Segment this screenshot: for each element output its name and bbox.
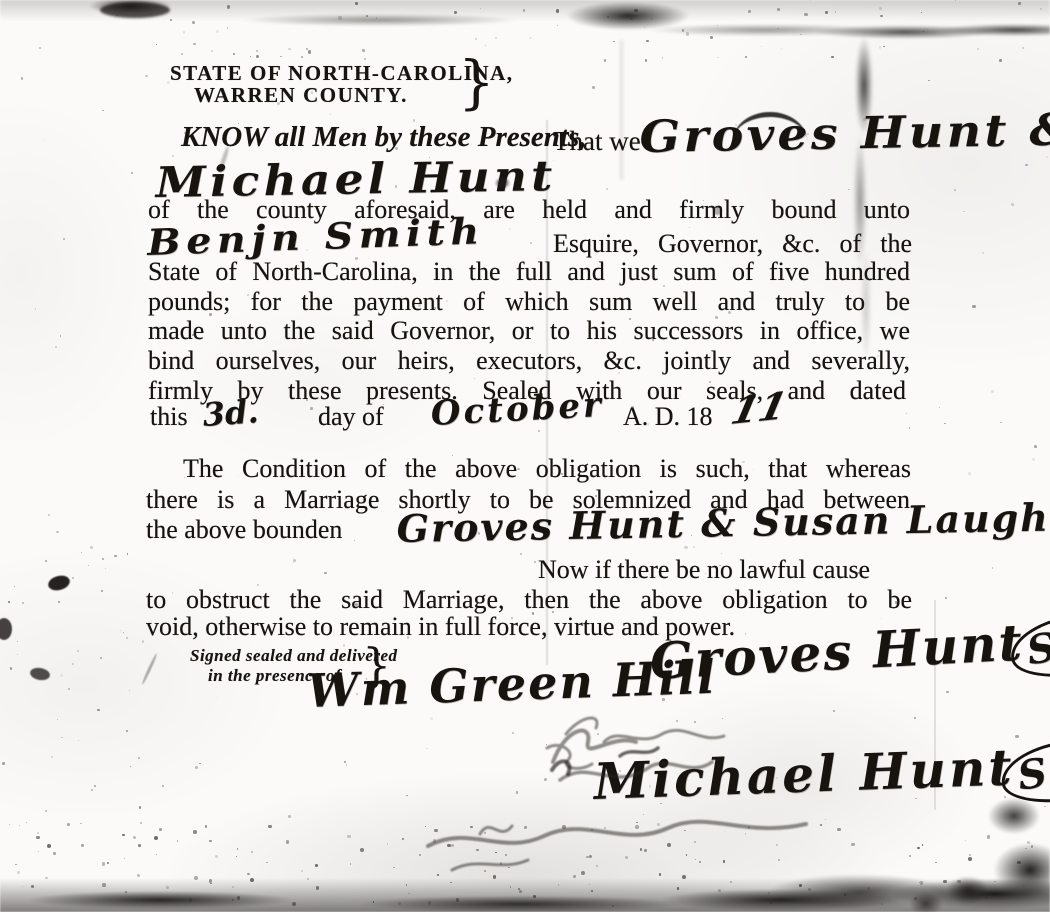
speckle [102, 862, 106, 866]
speckle [364, 58, 366, 60]
speckle [1000, 422, 1001, 423]
speckle [437, 874, 439, 876]
speckle [1017, 861, 1020, 864]
speckle [512, 732, 514, 734]
speckle [945, 597, 947, 599]
speckle [721, 553, 722, 554]
speckle [629, 318, 631, 320]
speckle [597, 733, 599, 735]
speckle [1040, 526, 1043, 529]
speckle [310, 407, 313, 410]
speckle [776, 777, 778, 779]
torn-bottom-edge [0, 850, 1050, 912]
speckle [428, 901, 431, 904]
speckle [454, 11, 457, 14]
speckle [682, 29, 685, 32]
speckle [1025, 771, 1028, 774]
speckle [102, 883, 106, 887]
speckle [338, 16, 341, 19]
speckle [807, 133, 809, 135]
speckle [556, 9, 559, 12]
speckle [857, 572, 860, 575]
speckle [906, 413, 907, 414]
speckle [709, 381, 711, 383]
speckle [643, 681, 646, 684]
obligation-line-5: made unto the said Governor, or to his s… [148, 317, 910, 346]
speckle [761, 46, 762, 47]
ink-spot [496, 178, 509, 188]
speckle [130, 766, 131, 767]
speckle [591, 890, 593, 892]
speckle [356, 693, 358, 695]
smudge-streak-top [620, 40, 623, 180]
speckle [343, 644, 346, 647]
speckle [9, 824, 10, 825]
speckle [395, 185, 398, 188]
speckle [604, 59, 606, 61]
speckle [1032, 458, 1035, 461]
speckle [928, 80, 929, 81]
speckle [78, 740, 79, 741]
speckle [808, 888, 811, 891]
speckle [451, 844, 454, 847]
speckle [530, 242, 532, 244]
speckle [955, 0, 956, 1]
speckle [107, 862, 109, 864]
speckle [344, 761, 346, 763]
speckle [534, 561, 536, 563]
speckle [748, 826, 751, 829]
speckle [429, 157, 430, 158]
speckle [189, 898, 193, 902]
speckle [14, 586, 15, 587]
condition-line-3: the above bounden [146, 516, 342, 545]
condition-line-4: Now if there be no lawful cause [538, 556, 870, 585]
speckle [140, 822, 142, 824]
speckle [355, 2, 358, 5]
speckle [905, 329, 907, 331]
speckle [662, 57, 664, 59]
speckle [268, 825, 271, 828]
speckle [81, 844, 83, 846]
speckle [307, 878, 309, 880]
speckle [47, 844, 51, 848]
speckle [1004, 796, 1006, 798]
speckle [689, 227, 690, 228]
speckle [401, 296, 402, 297]
speckle [94, 785, 96, 787]
speckle [780, 591, 781, 592]
speckle [682, 875, 686, 879]
speckle [863, 118, 866, 121]
speckle [53, 852, 56, 855]
speckle [972, 305, 975, 308]
speckle [630, 18, 632, 20]
speckle [398, 902, 401, 905]
speckle [434, 829, 437, 832]
speckle [660, 803, 662, 805]
speckle [476, 849, 479, 852]
speckle [977, 48, 979, 50]
speckle [533, 895, 535, 897]
speckle [172, 155, 174, 157]
speckle [478, 532, 480, 534]
torn-top-edge [0, 0, 1050, 50]
speckle [17, 871, 20, 874]
speckle [625, 856, 628, 859]
speckle [634, 9, 637, 12]
speckle [450, 882, 451, 883]
speckle [8, 601, 9, 602]
speckle [591, 829, 593, 831]
speckle [288, 48, 291, 51]
speckle [37, 832, 39, 834]
speckle [589, 884, 590, 885]
marriage-bond-document: STATE OF NORTH-CAROLINA, WARREN COUNTY. … [0, 0, 1050, 912]
speckle [920, 881, 924, 885]
condition-line-1: The Condition of the above obligation is… [183, 455, 911, 484]
speckle [156, 854, 157, 855]
speckle [306, 399, 308, 401]
handwritten-day: 3d. [201, 392, 259, 434]
speckle [676, 720, 678, 722]
speckle [946, 691, 948, 693]
speckle [277, 102, 280, 105]
speckle [475, 38, 476, 39]
speckle [383, 404, 384, 405]
speckle [800, 34, 801, 35]
speckle [154, 836, 158, 840]
speckle [1015, 735, 1018, 738]
speckle [723, 860, 725, 862]
speckle [68, 688, 70, 690]
speckle [879, 7, 882, 10]
speckle [419, 854, 421, 856]
speckle [36, 836, 39, 839]
speckle [311, 91, 313, 93]
speckle [987, 835, 991, 839]
obligation-line-3: State of North-Carolina, in the full and… [148, 258, 910, 287]
speckle [663, 285, 665, 287]
speckle [581, 871, 585, 875]
speckle [292, 902, 296, 906]
speckle [992, 567, 994, 569]
handwritten-principal-names-1: Groves Hunt & [639, 104, 1050, 163]
speckle [324, 572, 326, 574]
speckle [881, 903, 883, 905]
speckle [120, 630, 121, 631]
condition-line-6: void, otherwise to remain in full force,… [146, 613, 735, 642]
date-ad-text: A. D. 18 [623, 403, 713, 432]
speckle [804, 13, 807, 16]
speckle [867, 887, 870, 890]
speckle [350, 863, 352, 865]
speckle [710, 36, 713, 39]
condition-line-5: to obstruct the said Marriage, then the … [146, 586, 912, 615]
speckle [686, 32, 689, 35]
speckle [288, 815, 291, 818]
speckle [17, 641, 18, 642]
speckle [124, 858, 125, 859]
speckle [1031, 845, 1033, 847]
speckle [306, 249, 308, 251]
speckle [138, 844, 141, 847]
speckle [216, 30, 219, 33]
speckle [1034, 445, 1037, 448]
speckle [256, 50, 258, 52]
speckle [192, 21, 195, 24]
speckle [516, 791, 518, 793]
speckle [693, 546, 695, 548]
speckle [56, 531, 58, 533]
speckle [1027, 841, 1030, 844]
speckle [315, 864, 318, 867]
speckle [425, 826, 426, 827]
speckle [917, 847, 919, 849]
speckle [513, 536, 514, 537]
speckle [280, 56, 281, 57]
speckle [562, 825, 566, 829]
speckle [355, 257, 358, 260]
speckle [662, 698, 665, 701]
speckle [636, 822, 637, 823]
speckle [730, 881, 732, 883]
speckle [2, 762, 5, 765]
speckle [57, 719, 58, 720]
speckle [247, 294, 249, 296]
speckle [517, 468, 520, 471]
speckle [484, 832, 486, 834]
speckle [452, 455, 453, 456]
header-brace: } [458, 48, 495, 116]
speckle [293, 235, 296, 238]
speckle [659, 873, 662, 876]
speckle [718, 792, 719, 793]
speckle [215, 855, 218, 858]
speckle [596, 865, 598, 867]
speckle [607, 16, 609, 18]
speckle [60, 674, 62, 676]
speckle [914, 897, 917, 900]
speckle [19, 825, 20, 826]
speckle [456, 898, 460, 902]
speckle [968, 857, 972, 861]
know-clause: KNOW all Men by these Presents, [181, 122, 586, 154]
date-day-of-text: day of [318, 403, 384, 432]
speckle [644, 849, 647, 852]
speckle [883, 46, 885, 48]
speckle [985, 896, 987, 898]
speckle [26, 822, 27, 823]
speckle [181, 53, 183, 55]
speckle [430, 717, 433, 720]
speckle [166, 886, 169, 889]
speckle [968, 472, 971, 475]
speckle [909, 427, 910, 428]
speckle [778, 859, 780, 861]
speckle [617, 773, 619, 775]
speckle [35, 308, 36, 309]
speckle [395, 147, 398, 150]
speckle [301, 56, 303, 58]
speckle [604, 827, 605, 828]
speckle [684, 546, 687, 549]
speckle [833, 710, 834, 711]
speckle [657, 823, 660, 826]
speckle [649, 785, 651, 787]
speckle [184, 477, 185, 478]
speckle [613, 41, 614, 42]
speckle [943, 880, 946, 883]
speckle [851, 843, 854, 846]
speckle [215, 469, 218, 472]
speckle [22, 886, 23, 887]
header-county-line: WARREN COUNTY. [194, 84, 408, 107]
speckle [126, 637, 128, 639]
ink-spot [713, 206, 722, 215]
speckle [837, 828, 840, 831]
speckle [209, 879, 212, 882]
speckle [631, 406, 634, 409]
speckle [227, 5, 230, 8]
speckle [1005, 525, 1006, 526]
speckle [127, 553, 129, 555]
speckle [251, 851, 253, 853]
speckle [557, 25, 558, 26]
speckle [123, 632, 124, 633]
speckle [238, 123, 239, 124]
speckle [914, 717, 916, 719]
speckle [250, 56, 251, 57]
speckle [360, 848, 364, 852]
speckle [60, 335, 61, 336]
speckle [788, 498, 790, 500]
speckle [680, 396, 681, 397]
speckle [346, 764, 347, 765]
speckle [753, 469, 754, 470]
speckle [257, 584, 258, 585]
speckle [519, 890, 522, 893]
speckle [718, 889, 721, 892]
speckle [51, 756, 52, 757]
that-we-text: That we [553, 127, 641, 157]
speckle [446, 300, 448, 302]
speckle [406, 795, 408, 797]
speckle [691, 535, 692, 536]
speckle [703, 200, 704, 201]
date-this-text: this [150, 403, 188, 432]
speckle [387, 843, 389, 845]
speckle [91, 789, 93, 791]
speckle [635, 825, 639, 829]
speckle [366, 15, 368, 17]
speckle [915, 798, 916, 799]
speckle [493, 875, 496, 878]
speckle [145, 75, 148, 78]
speckle [643, 814, 644, 815]
right-edge-smudge [846, 26, 892, 366]
speckle [286, 840, 289, 843]
obligation-line-4: pounds; for the payment of which sum wel… [148, 288, 910, 317]
obligation-line-6: bind ourselves, our heirs, executors, &c… [148, 347, 910, 376]
speckle [776, 844, 777, 845]
speckle [199, 763, 200, 764]
speckle [474, 378, 475, 379]
speckle [38, 851, 39, 852]
speckle [1018, 2, 1021, 5]
handwritten-year: 11 [727, 383, 791, 433]
bottom-right-stain [898, 768, 1050, 912]
speckle [362, 49, 365, 52]
speckle [227, 27, 228, 28]
speckle [728, 311, 731, 314]
speckle [877, 355, 879, 357]
speckle [495, 66, 497, 68]
speckle [426, 748, 428, 750]
speckle [48, 514, 50, 516]
